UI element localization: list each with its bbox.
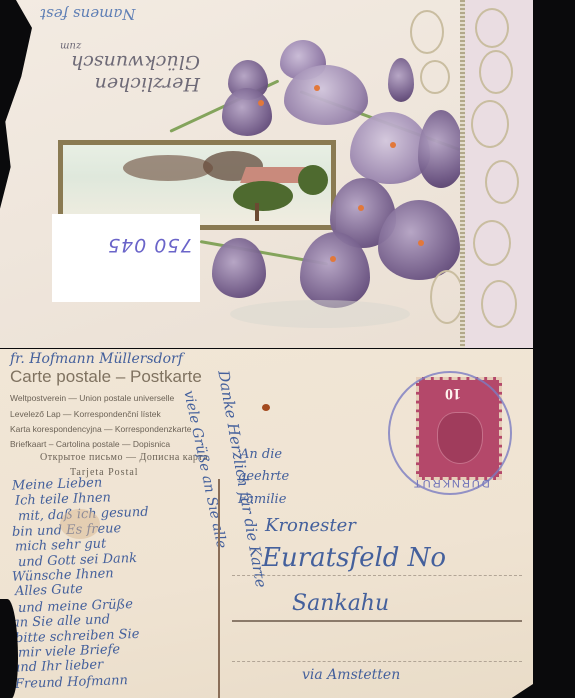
- address-salutation: An die: [240, 447, 282, 462]
- greeting-line-2: zum: [40, 40, 200, 51]
- violet-flower-icon: [418, 110, 464, 188]
- inventory-tag: 750 045: [52, 214, 200, 302]
- address-line-2: geehrte: [238, 469, 289, 484]
- violet-bud-icon: [388, 58, 414, 102]
- shadow: [230, 300, 410, 328]
- stain: [262, 404, 270, 411]
- ornament-scroll: [410, 10, 444, 54]
- greeting-text: Herzlichen Glückwunsch zum: [40, 40, 200, 95]
- flower-eye: [358, 205, 364, 211]
- postcard-front: Namens fest Herzlichen Glückwunsch zum: [0, 0, 533, 348]
- header-line: Briefkaart – Cartolina postale — Dopisni…: [10, 439, 170, 449]
- address-line: [232, 620, 522, 622]
- postmark-text: DÜRNKRUT: [412, 477, 490, 489]
- flower-eye: [390, 142, 396, 148]
- message-line: Alles Gute: [15, 582, 83, 599]
- tree-icon: [123, 155, 213, 181]
- address-line-3: Familie: [238, 492, 286, 507]
- flower-eye: [314, 85, 320, 91]
- ornament-scroll: [420, 60, 450, 94]
- handwriting-top: Namens fest: [40, 5, 135, 23]
- header-line: Karta korespondencyjna — Korrespondenzka…: [10, 424, 191, 434]
- address-city: Sankahu: [292, 591, 389, 616]
- ornament-panel: [465, 0, 533, 348]
- tree-trunk: [255, 203, 259, 221]
- address-line: [232, 575, 522, 576]
- violet-flower-icon: [284, 65, 368, 125]
- address-line: [232, 661, 522, 662]
- flower-eye: [418, 240, 424, 246]
- stain: [60, 509, 100, 539]
- violet-flower-icon: [212, 238, 266, 298]
- violet-flower-icon: [222, 88, 272, 136]
- ornament-scroll: [430, 270, 464, 324]
- divider-line: [218, 479, 220, 698]
- sender-line: fr. Hofmann Müllersdorf: [10, 351, 183, 367]
- header-line: Открытое письмо — Допиcна карта: [40, 452, 208, 463]
- address-name: Kronester: [265, 515, 356, 536]
- header-line: Weltpostverein — Union postale universel…: [10, 393, 174, 403]
- address-street: Euratsfeld No: [262, 543, 446, 573]
- tree-icon: [298, 165, 328, 195]
- message-line: Freund Hofmann: [15, 673, 128, 692]
- header-line: Levelező Lap — Korrespondenční lístek: [10, 409, 161, 419]
- postcard-back: fr. Hofmann Müllersdorf Carte postale – …: [0, 349, 533, 698]
- flower-eye: [330, 256, 336, 262]
- address-via: via Amstetten: [302, 667, 400, 683]
- postcard-title: Carte postale – Postkarte: [10, 367, 202, 387]
- inventory-number: 750 045: [107, 234, 193, 256]
- message-line: und Ihr lieber: [12, 658, 104, 676]
- house-roof-icon: [240, 167, 306, 183]
- torn-edge: [0, 599, 18, 698]
- greeting-line-1: Herzlichen Glückwunsch: [40, 51, 200, 95]
- flower-eye: [258, 100, 264, 106]
- tree-icon: [233, 181, 293, 211]
